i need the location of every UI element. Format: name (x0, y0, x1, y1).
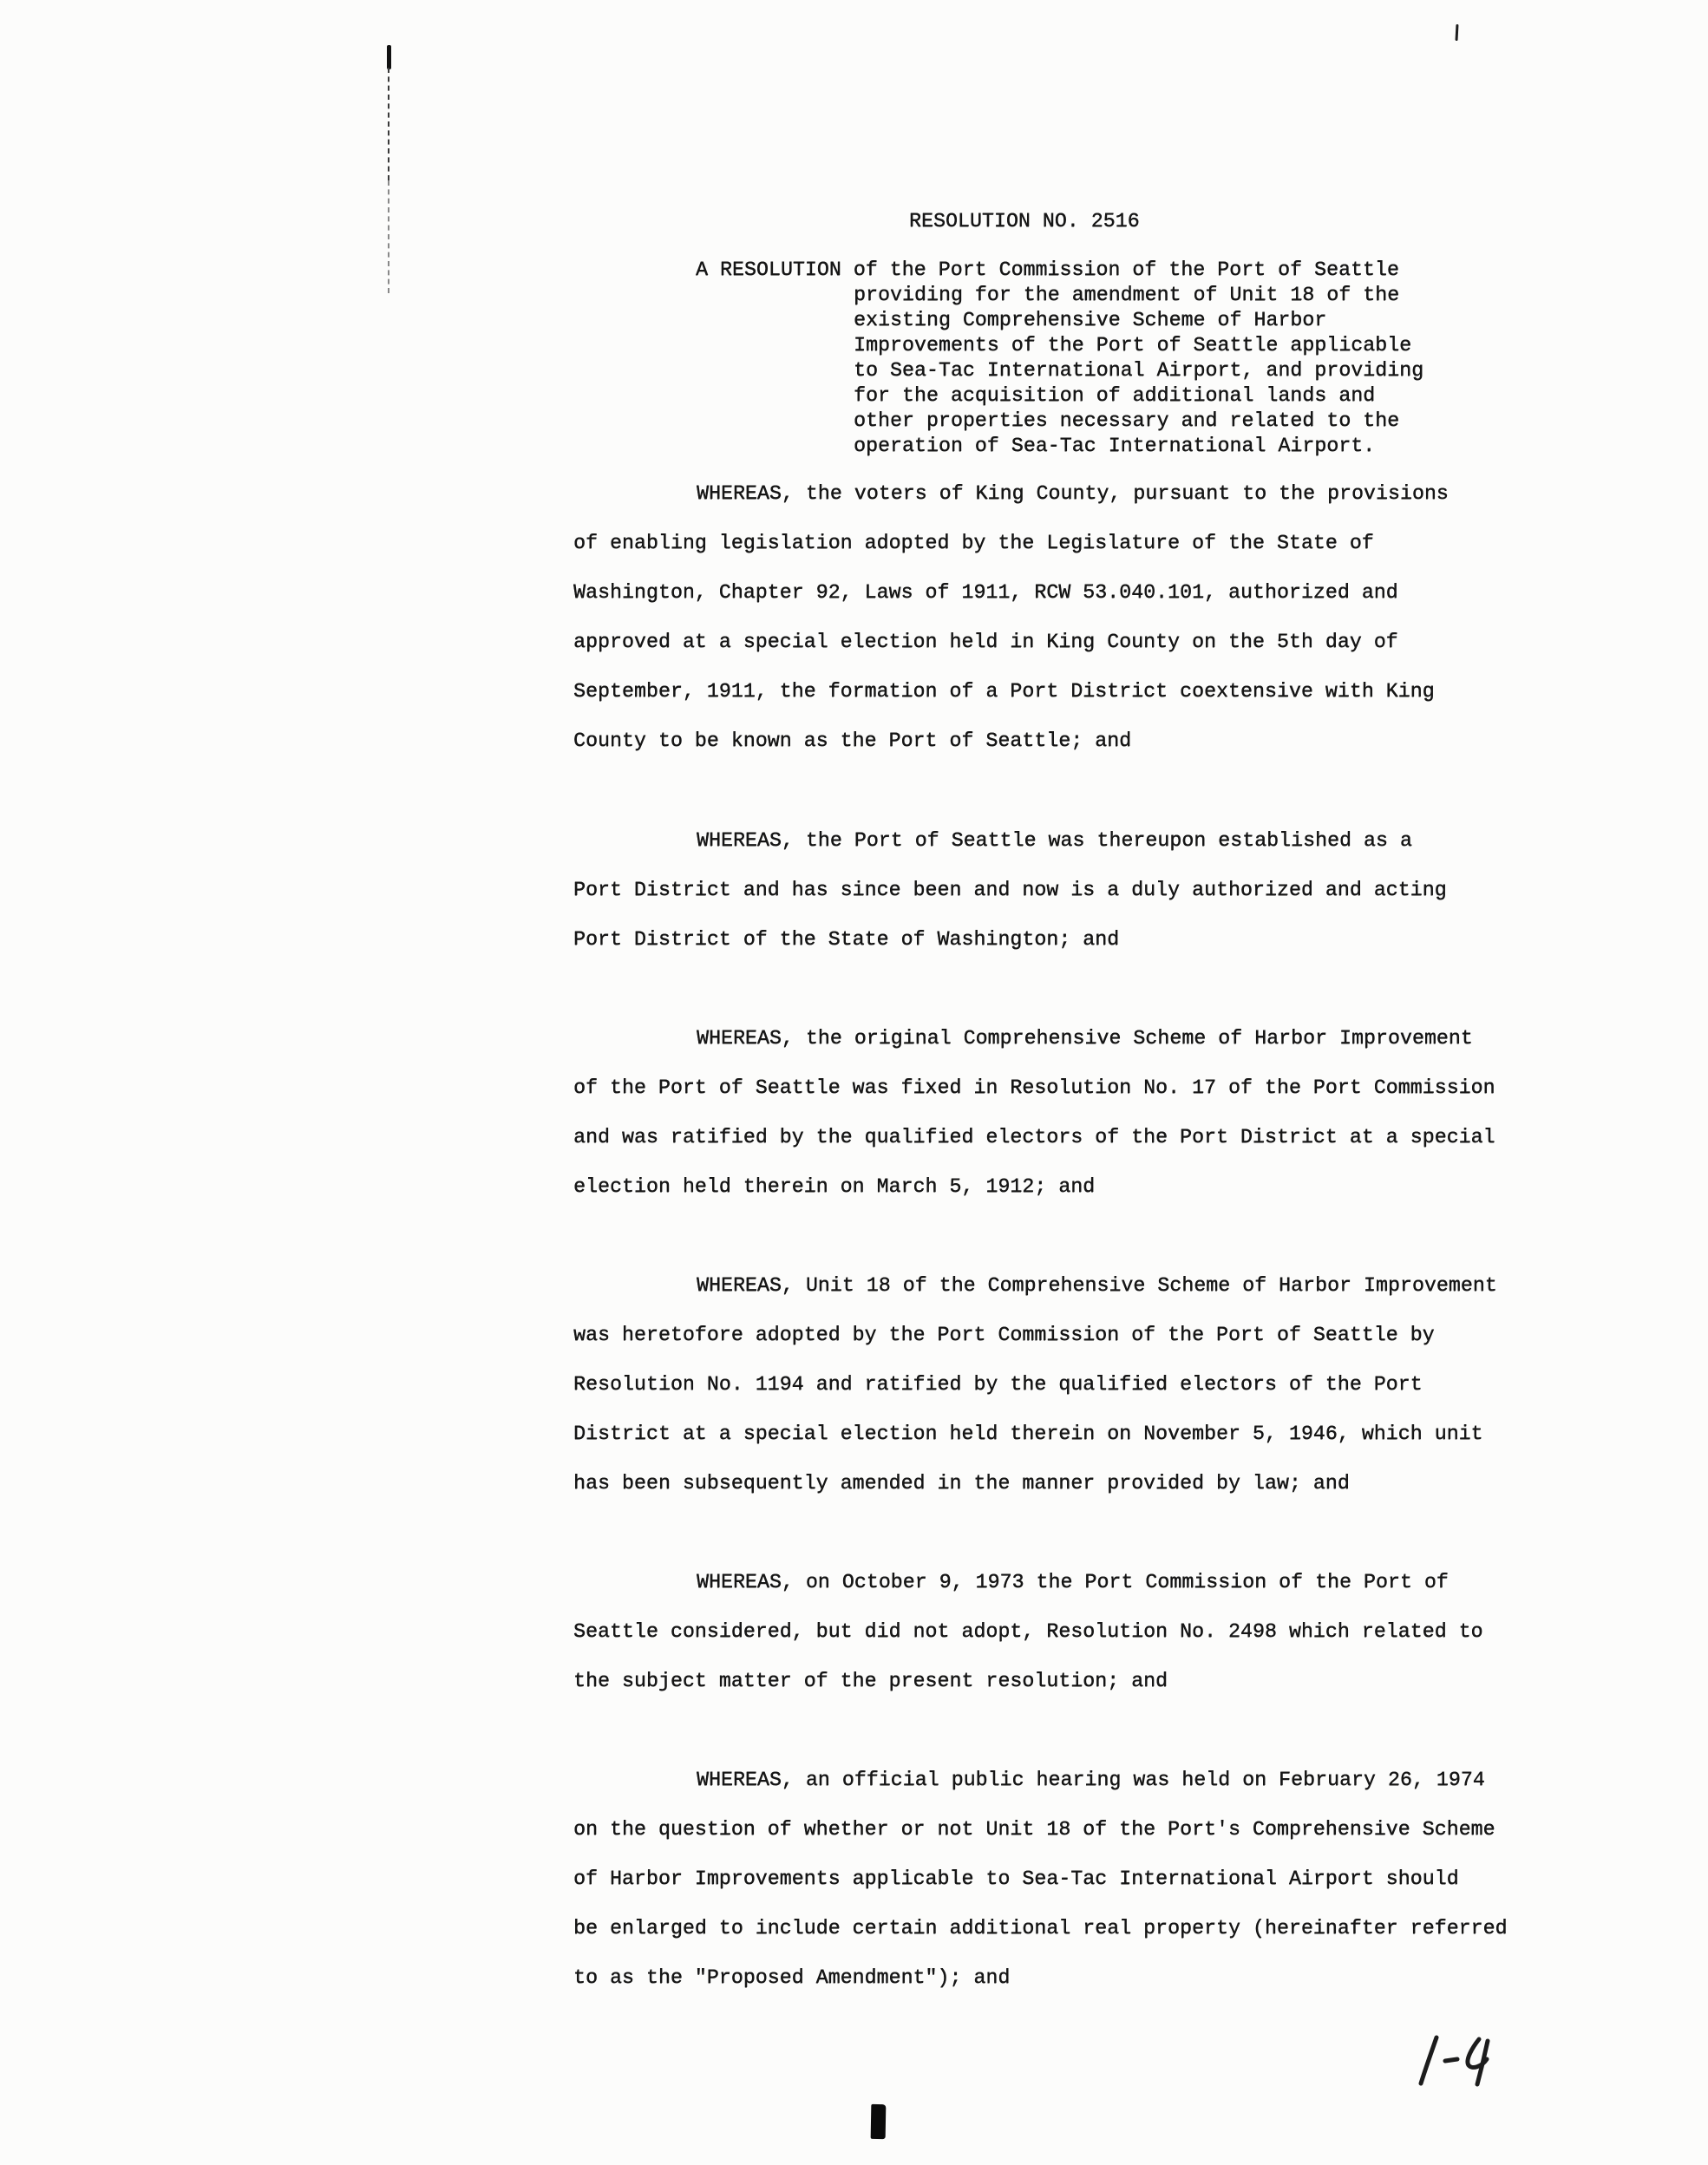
text-line: be enlarged to include certain additiona… (573, 1904, 1508, 1953)
text-line: Port District and has since been and now… (573, 866, 1447, 915)
text-line: providing for the amendment of Unit 18 o… (696, 283, 1423, 308)
whereas-clause-3: WHEREAS, the original Comprehensive Sche… (573, 1014, 1495, 1212)
whereas-clause-5: WHEREAS, on October 9, 1973 the Port Com… (573, 1558, 1483, 1706)
text-line: Washington, Chapter 92, Laws of 1911, RC… (573, 568, 1449, 618)
text-line: A RESOLUTION of the Port Commission of t… (696, 258, 1423, 283)
ink-smudge-mark (871, 2104, 887, 2139)
text-line: Improvements of the Port of Seattle appl… (696, 333, 1423, 358)
fold-line-artifact (388, 68, 389, 180)
resolution-preamble: A RESOLUTION of the Port Commission of t… (696, 258, 1423, 459)
text-line: of Harbor Improvements applicable to Sea… (573, 1854, 1508, 1904)
text-line: to as the "Proposed Amendment"); and (573, 1953, 1508, 2003)
whereas-clause-4: WHEREAS, Unit 18 of the Comprehensive Sc… (573, 1261, 1497, 1508)
text-line: operation of Sea-Tac International Airpo… (696, 434, 1423, 459)
text-line: WHEREAS, an official public hearing was … (573, 1756, 1508, 1805)
text-line: of the Port of Seattle was fixed in Reso… (573, 1063, 1495, 1113)
text-line: WHEREAS, Unit 18 of the Comprehensive Sc… (573, 1261, 1497, 1311)
text-line: WHEREAS, on October 9, 1973 the Port Com… (573, 1558, 1483, 1607)
handwritten-page-number-mark (1395, 2026, 1508, 2101)
text-line: election held therein on March 5, 1912; … (573, 1162, 1495, 1212)
whereas-clause-1: WHEREAS, the voters of King County, purs… (573, 469, 1449, 766)
text-line: District at a special election held ther… (573, 1410, 1497, 1459)
text-line: of enabling legislation adopted by the L… (573, 519, 1449, 568)
text-line: September, 1911, the formation of a Port… (573, 667, 1449, 716)
text-line: County to be known as the Port of Seattl… (573, 716, 1449, 766)
text-line: Port District of the State of Washington… (573, 915, 1447, 965)
whereas-clause-6: WHEREAS, an official public hearing was … (573, 1756, 1508, 2003)
text-line: has been subsequently amended in the man… (573, 1459, 1497, 1508)
text-line: existing Comprehensive Scheme of Harbor (696, 308, 1423, 333)
text-line: on the question of whether or not Unit 1… (573, 1805, 1508, 1854)
document-title: RESOLUTION NO. 2516 (909, 208, 1140, 234)
text-line: WHEREAS, the Port of Seattle was thereup… (573, 816, 1447, 866)
fold-line-artifact-blob (387, 45, 391, 69)
text-line: for the acquisition of additional lands … (696, 383, 1423, 409)
text-line: WHEREAS, the voters of King County, purs… (573, 469, 1449, 519)
text-line: the subject matter of the present resolu… (573, 1657, 1483, 1706)
text-line: Resolution No. 1194 and ratified by the … (573, 1360, 1497, 1410)
pen-tick-mark (1456, 24, 1459, 41)
text-line: Seattle considered, but did not adopt, R… (573, 1607, 1483, 1657)
text-line: to Sea-Tac International Airport, and pr… (696, 358, 1423, 383)
handwritten-page-number: 1-4 (1395, 2026, 1508, 2101)
scanned-document-page: RESOLUTION NO. 2516 A RESOLUTION of the … (0, 0, 1708, 2165)
fold-line-artifact-faint (388, 180, 389, 293)
whereas-clause-2: WHEREAS, the Port of Seattle was thereup… (573, 816, 1447, 965)
text-line: other properties necessary and related t… (696, 409, 1423, 434)
text-line: and was ratified by the qualified electo… (573, 1113, 1495, 1162)
text-line: WHEREAS, the original Comprehensive Sche… (573, 1014, 1495, 1063)
text-line: approved at a special election held in K… (573, 618, 1449, 667)
text-line: was heretofore adopted by the Port Commi… (573, 1311, 1497, 1360)
